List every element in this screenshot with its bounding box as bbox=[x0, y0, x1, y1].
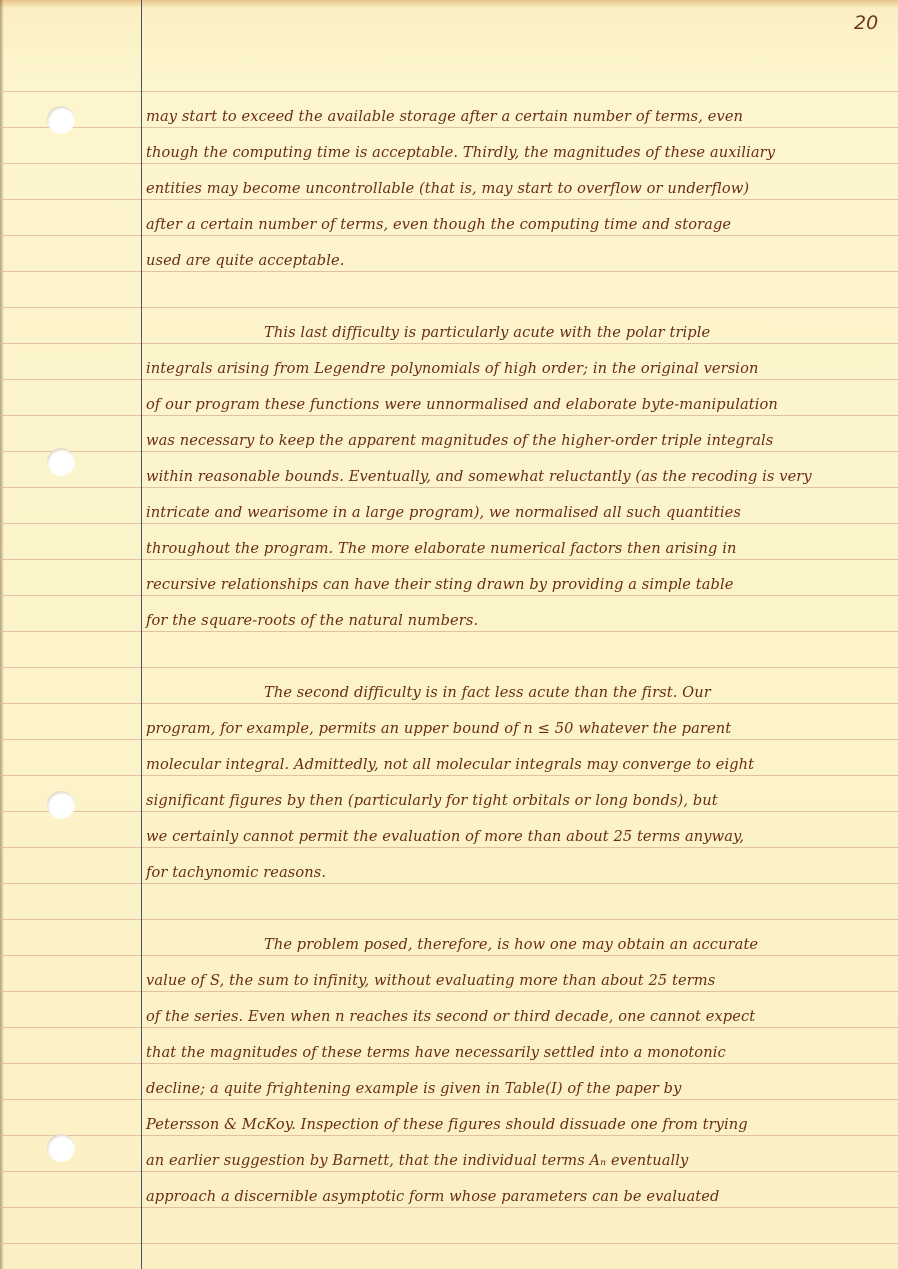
text-line: of the series. Even when n reaches its s… bbox=[146, 1002, 891, 1032]
text-line: intricate and wearisome in a large progr… bbox=[146, 498, 891, 528]
punch-hole bbox=[47, 106, 75, 134]
text-line: The second difficulty is in fact less ac… bbox=[146, 678, 898, 708]
text-line: for tachynomic reasons. bbox=[146, 858, 891, 888]
text-line: after a certain number of terms, even th… bbox=[146, 210, 891, 240]
punch-hole bbox=[47, 448, 75, 476]
text-line: that the magnitudes of these terms have … bbox=[146, 1038, 891, 1068]
page-number: 20 bbox=[854, 12, 878, 34]
text-line: This last difficulty is particularly acu… bbox=[146, 318, 898, 348]
text-line: Petersson & McKoy. Inspection of these f… bbox=[146, 1110, 891, 1140]
text-line: program, for example, permits an upper b… bbox=[146, 714, 891, 744]
text-line: significant figures by then (particularl… bbox=[146, 786, 891, 816]
text-line: The problem posed, therefore, is how one… bbox=[146, 930, 898, 960]
text-line: molecular integral. Admittedly, not all … bbox=[146, 750, 891, 780]
ruled-line bbox=[0, 307, 898, 308]
text-line: we certainly cannot permit the evaluatio… bbox=[146, 822, 891, 852]
paper-left-edge bbox=[0, 0, 4, 1269]
text-line: recursive relationships can have their s… bbox=[146, 570, 891, 600]
text-line: approach a discernible asymptotic form w… bbox=[146, 1182, 891, 1212]
text-line: though the computing time is acceptable.… bbox=[146, 138, 891, 168]
text-line: was necessary to keep the apparent magni… bbox=[146, 426, 891, 456]
ruled-line bbox=[0, 91, 898, 92]
text-line: within reasonable bounds. Eventually, an… bbox=[146, 462, 891, 492]
margin-line bbox=[141, 0, 142, 1269]
punch-hole bbox=[47, 1134, 75, 1162]
ruled-line bbox=[0, 919, 898, 920]
text-line: entities may become uncontrollable (that… bbox=[146, 174, 891, 204]
text-line: for the square-roots of the natural numb… bbox=[146, 606, 891, 636]
text-line: value of S, the sum to infinity, without… bbox=[146, 966, 891, 996]
ruled-line bbox=[0, 667, 898, 668]
text-line: decline; a quite frightening example is … bbox=[146, 1074, 891, 1104]
text-line: used are quite acceptable. bbox=[146, 246, 891, 276]
punch-hole bbox=[47, 791, 75, 819]
text-line: an earlier suggestion by Barnett, that t… bbox=[146, 1146, 891, 1176]
text-line: may start to exceed the available storag… bbox=[146, 102, 891, 132]
paper-top-edge bbox=[0, 0, 898, 8]
text-line: of our program these functions were unno… bbox=[146, 390, 891, 420]
text-line: throughout the program. The more elabora… bbox=[146, 534, 891, 564]
text-line: integrals arising from Legendre polynomi… bbox=[146, 354, 891, 384]
ruled-line bbox=[0, 1243, 898, 1244]
